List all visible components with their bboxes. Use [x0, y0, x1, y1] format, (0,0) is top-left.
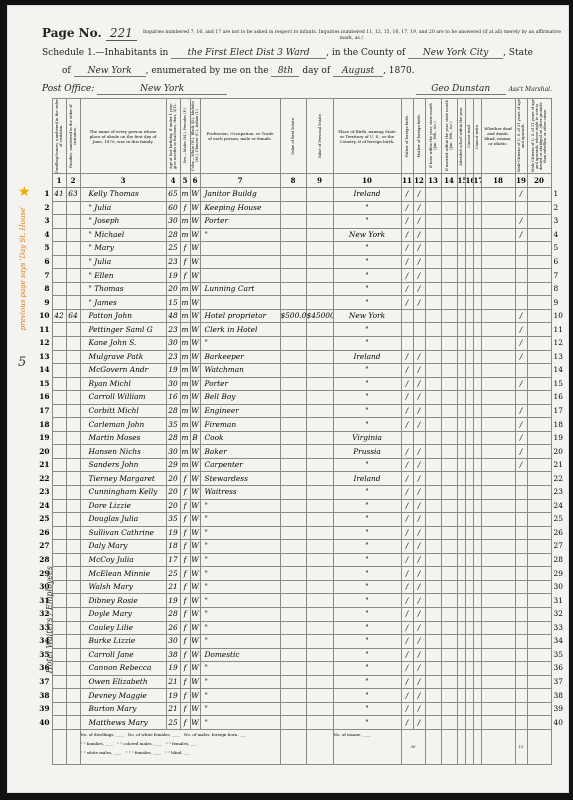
male-citizen	[515, 255, 527, 269]
header-vote-denied: Male Citizens of U. S. of 21 years of ag…	[527, 99, 551, 174]
school	[457, 377, 465, 391]
marshal-label: Ass't Marshal.	[509, 86, 552, 93]
row-number: 24	[39, 499, 52, 513]
row-number: 9	[39, 296, 52, 310]
cannot-read	[465, 337, 473, 351]
family-number	[66, 594, 80, 608]
cannot-write	[473, 486, 481, 500]
occupation: Lunning Cart	[200, 282, 280, 296]
row-number-right: 8	[551, 282, 565, 296]
deaf-blind	[481, 391, 515, 405]
table-row: 27Daly Mary18fW""//27	[39, 540, 565, 554]
personal-estate	[306, 458, 333, 472]
occupation: Stewardess	[200, 472, 280, 486]
male-citizen	[515, 391, 527, 405]
born-in-year	[425, 282, 441, 296]
person-name: Cannon Rebecca	[80, 662, 166, 676]
deaf-blind	[481, 526, 515, 540]
row-number: 19	[39, 431, 52, 445]
dwelling-number	[52, 648, 66, 662]
married-in-year	[441, 716, 457, 730]
age: 28	[166, 607, 180, 621]
row-number: 25	[39, 513, 52, 527]
vote-denied	[527, 201, 551, 215]
occupation: Porter	[200, 215, 280, 229]
birthplace: Prussia	[333, 445, 401, 459]
born-in-year	[425, 418, 441, 432]
personal-estate	[306, 445, 333, 459]
father-foreign: /	[401, 540, 413, 554]
age: 25	[166, 716, 180, 730]
born-in-year	[425, 486, 441, 500]
header-age: Age at last birthday. If under 1 year, g…	[166, 99, 180, 174]
family-number	[66, 269, 80, 283]
cannot-write	[473, 350, 481, 364]
table-row: 31Dibney Rosie19fW""//31	[39, 594, 565, 608]
real-estate	[280, 391, 306, 405]
age: 19	[166, 689, 180, 703]
school	[457, 526, 465, 540]
table-row: 26Sullivan Cathrine19fW""//26	[39, 526, 565, 540]
row-number-right: 7	[551, 269, 565, 283]
deaf-blind	[481, 662, 515, 676]
dwelling-number	[52, 526, 66, 540]
school	[457, 364, 465, 378]
male-citizen: /	[515, 445, 527, 459]
birthplace: "	[333, 499, 401, 513]
age: 25	[166, 567, 180, 581]
mother-foreign: /	[413, 702, 425, 716]
birthplace: "	[333, 648, 401, 662]
column-headers: Dwelling-houses, numbered in the order o…	[39, 99, 565, 174]
cannot-write	[473, 499, 481, 513]
married-in-year	[441, 296, 457, 310]
dwelling-number	[52, 607, 66, 621]
cannot-read	[465, 350, 473, 364]
row-number: 38	[39, 689, 52, 703]
male-citizen	[515, 648, 527, 662]
vote-denied	[527, 540, 551, 554]
row-number-right: 13	[551, 350, 565, 364]
footer-totals: No. of dwellings, ____ No. of white fema…	[39, 729, 565, 764]
deaf-blind	[481, 689, 515, 703]
personal-estate	[306, 228, 333, 242]
school	[457, 716, 465, 730]
occupation: Porter	[200, 377, 280, 391]
person-name: " Julia	[80, 201, 166, 215]
deaf-blind	[481, 553, 515, 567]
side-note: Hotel Waiters / Employees	[45, 566, 54, 673]
personal-estate	[306, 364, 333, 378]
personal-estate	[306, 635, 333, 649]
born-in-year	[425, 215, 441, 229]
occupation: Barkeeper	[200, 350, 280, 364]
color: W	[190, 377, 200, 391]
dwelling-number	[52, 255, 66, 269]
vote-denied	[527, 404, 551, 418]
cannot-read	[465, 702, 473, 716]
color: W	[190, 567, 200, 581]
married-in-year	[441, 337, 457, 351]
row-number-right: 20	[551, 445, 565, 459]
deaf-blind	[481, 269, 515, 283]
male-citizen: /	[515, 188, 527, 202]
color: W	[190, 716, 200, 730]
person-name: Corbitt Michl	[80, 404, 166, 418]
vote-denied	[527, 282, 551, 296]
row-number-right: 9	[551, 296, 565, 310]
occupation: "	[200, 635, 280, 649]
birthplace: "	[333, 255, 401, 269]
color: W	[190, 689, 200, 703]
born-in-year	[425, 702, 441, 716]
personal-estate	[306, 201, 333, 215]
cannot-read	[465, 662, 473, 676]
cannot-read	[465, 282, 473, 296]
row-number-right: 36	[551, 662, 565, 676]
occupation	[200, 269, 280, 283]
occupation: Keeping House	[200, 201, 280, 215]
sex: f	[180, 580, 190, 594]
age: 19	[166, 364, 180, 378]
dwelling-number	[52, 499, 66, 513]
deaf-blind	[481, 201, 515, 215]
of-label: of	[62, 66, 71, 76]
color: W	[190, 499, 200, 513]
occupation: Janitor Buildg	[200, 188, 280, 202]
family-number	[66, 391, 80, 405]
born-in-year	[425, 635, 441, 649]
person-name: Doyle Mary	[80, 607, 166, 621]
color: W	[190, 445, 200, 459]
age: 60	[166, 201, 180, 215]
deaf-blind	[481, 255, 515, 269]
person-name: Burke Lizzie	[80, 635, 166, 649]
sex: f	[180, 499, 190, 513]
mother-foreign: /	[413, 567, 425, 581]
father-foreign: /	[401, 594, 413, 608]
personal-estate	[306, 607, 333, 621]
color: W	[190, 662, 200, 676]
mother-foreign: /	[413, 526, 425, 540]
table-row: 29McElean Minnie25fW""//29	[39, 567, 565, 581]
color: W	[190, 364, 200, 378]
born-in-year	[425, 188, 441, 202]
year-value: , 1870.	[383, 66, 415, 76]
real-estate	[280, 404, 306, 418]
married-in-year	[441, 472, 457, 486]
deaf-blind	[481, 621, 515, 635]
header-married-in-year: If married within the year, state month …	[441, 99, 457, 174]
birthplace: "	[333, 242, 401, 256]
family-number	[66, 499, 80, 513]
male-citizen	[515, 499, 527, 513]
married-in-year	[441, 404, 457, 418]
real-estate	[280, 689, 306, 703]
vote-denied	[527, 621, 551, 635]
real-estate	[280, 635, 306, 649]
occupation: Hotel proprietor	[200, 309, 280, 323]
school	[457, 594, 465, 608]
vote-denied	[527, 431, 551, 445]
birthplace: "	[333, 269, 401, 283]
deaf-blind	[481, 594, 515, 608]
family-number	[66, 255, 80, 269]
occupation: "	[200, 499, 280, 513]
birthplace: "	[333, 337, 401, 351]
mother-foreign: /	[413, 689, 425, 703]
age: 35	[166, 513, 180, 527]
column-numbers: 123 456 789 101112 131415 161718 1920	[39, 174, 565, 188]
school	[457, 607, 465, 621]
birthplace: "	[333, 215, 401, 229]
personal-estate	[306, 567, 333, 581]
person-name: " Ellen	[80, 269, 166, 283]
county-value: New York City	[408, 48, 503, 59]
occupation: "	[200, 662, 280, 676]
born-in-year	[425, 228, 441, 242]
age: 19	[166, 662, 180, 676]
born-in-year	[425, 567, 441, 581]
sex: m	[180, 309, 190, 323]
father-foreign: /	[401, 513, 413, 527]
occupation: "	[200, 513, 280, 527]
person-name: " Michael	[80, 228, 166, 242]
father-foreign: /	[401, 418, 413, 432]
person-name: " Julia	[80, 255, 166, 269]
margin-number: 5	[18, 355, 26, 370]
color: W	[190, 580, 200, 594]
sex: m	[180, 445, 190, 459]
mother-foreign: /	[413, 269, 425, 283]
cannot-write	[473, 404, 481, 418]
table-row: 35Carroll Jane38fWDomestic"//35	[39, 648, 565, 662]
father-foreign: /	[401, 391, 413, 405]
sex: m	[180, 404, 190, 418]
personal-estate	[306, 702, 333, 716]
deaf-blind	[481, 458, 515, 472]
sex: m	[180, 337, 190, 351]
married-in-year	[441, 594, 457, 608]
married-in-year	[441, 188, 457, 202]
age: 30	[166, 215, 180, 229]
vote-denied	[527, 391, 551, 405]
age: 20	[166, 486, 180, 500]
male-citizen	[515, 242, 527, 256]
deaf-blind	[481, 337, 515, 351]
color: B	[190, 431, 200, 445]
cannot-read	[465, 607, 473, 621]
born-in-year	[425, 580, 441, 594]
cannot-read	[465, 391, 473, 405]
male-citizen	[515, 702, 527, 716]
cannot-read	[465, 513, 473, 527]
occupation: "	[200, 526, 280, 540]
color: W	[190, 323, 200, 337]
enumerated-label: , enumerated by me on the	[146, 66, 269, 76]
mother-foreign: /	[413, 513, 425, 527]
cannot-write	[473, 594, 481, 608]
birthplace: "	[333, 486, 401, 500]
dwelling-number	[52, 635, 66, 649]
deaf-blind	[481, 513, 515, 527]
occupation: "	[200, 689, 280, 703]
born-in-year	[425, 404, 441, 418]
occupation: "	[200, 567, 280, 581]
married-in-year	[441, 486, 457, 500]
born-in-year	[425, 431, 441, 445]
mother-foreign: /	[413, 594, 425, 608]
person-name: Carroll William	[80, 391, 166, 405]
birthplace: "	[333, 513, 401, 527]
sex: f	[180, 242, 190, 256]
person-name: Kane John S.	[80, 337, 166, 351]
married-in-year	[441, 540, 457, 554]
dwelling-number	[52, 716, 66, 730]
school	[457, 486, 465, 500]
vote-denied	[527, 499, 551, 513]
color: W	[190, 540, 200, 554]
color: W	[190, 607, 200, 621]
inquiries-note: Inquiries numbered 7, 16, and 17 are not…	[137, 30, 567, 42]
sex: f	[180, 472, 190, 486]
family-number	[66, 675, 80, 689]
row-number: 15	[39, 377, 52, 391]
birthplace: "	[333, 567, 401, 581]
married-in-year	[441, 228, 457, 242]
row-number: 6	[39, 255, 52, 269]
table-row: 36Cannon Rebecca19fW""//36	[39, 662, 565, 676]
school	[457, 418, 465, 432]
row-number: 13	[39, 350, 52, 364]
male-citizen: /	[515, 350, 527, 364]
row-number-right: 38	[551, 689, 565, 703]
real-estate	[280, 567, 306, 581]
birthplace: "	[333, 377, 401, 391]
personal-estate	[306, 418, 333, 432]
occupation: "	[200, 228, 280, 242]
married-in-year	[441, 702, 457, 716]
header-sex: Sex.—Males (M.), Females (F.)	[180, 99, 190, 174]
born-in-year	[425, 323, 441, 337]
school	[457, 350, 465, 364]
row-number-right: 28	[551, 553, 565, 567]
personal-estate	[306, 580, 333, 594]
personal-estate	[306, 540, 333, 554]
real-estate	[280, 188, 306, 202]
vote-denied	[527, 716, 551, 730]
mother-foreign: /	[413, 675, 425, 689]
married-in-year	[441, 242, 457, 256]
table-row: 19Martin Moses28mBCookVirginia/19	[39, 431, 565, 445]
county-label: , in the County of	[326, 48, 405, 58]
father-foreign: /	[401, 282, 413, 296]
real-estate	[280, 472, 306, 486]
row-number-right: 18	[551, 418, 565, 432]
age: 23	[166, 350, 180, 364]
occupation	[200, 296, 280, 310]
mother-foreign: /	[413, 486, 425, 500]
dwelling-number	[52, 391, 66, 405]
cannot-read	[465, 567, 473, 581]
married-in-year	[441, 391, 457, 405]
father-foreign: /	[401, 580, 413, 594]
age: 21	[166, 702, 180, 716]
sex: f	[180, 689, 190, 703]
birthplace: "	[333, 364, 401, 378]
real-estate	[280, 418, 306, 432]
cannot-write	[473, 296, 481, 310]
real-estate	[280, 201, 306, 215]
cannot-write	[473, 702, 481, 716]
vote-denied	[527, 458, 551, 472]
married-in-year	[441, 526, 457, 540]
birthplace: "	[333, 621, 401, 635]
cannot-read	[465, 594, 473, 608]
school	[457, 702, 465, 716]
row-number-right: 40	[551, 716, 565, 730]
color: W	[190, 282, 200, 296]
family-number	[66, 635, 80, 649]
occupation: Fireman	[200, 418, 280, 432]
personal-estate	[306, 215, 333, 229]
school	[457, 255, 465, 269]
cannot-write	[473, 540, 481, 554]
sex: f	[180, 567, 190, 581]
family-number: 63	[66, 188, 80, 202]
real-estate	[280, 296, 306, 310]
color: W	[190, 296, 200, 310]
father-foreign: /	[401, 689, 413, 703]
born-in-year	[425, 309, 441, 323]
cannot-write	[473, 188, 481, 202]
mother-foreign: /	[413, 296, 425, 310]
dwelling-number	[52, 675, 66, 689]
sex: f	[180, 607, 190, 621]
mother-foreign: /	[413, 458, 425, 472]
family-number	[66, 445, 80, 459]
age: 30	[166, 635, 180, 649]
cannot-write	[473, 689, 481, 703]
vote-denied	[527, 567, 551, 581]
male-citizen	[515, 607, 527, 621]
mother-foreign: /	[413, 364, 425, 378]
born-in-year	[425, 648, 441, 662]
marshal-name: Geo Dunstan	[416, 84, 506, 95]
cannot-read	[465, 188, 473, 202]
birthplace: "	[333, 418, 401, 432]
born-in-year	[425, 472, 441, 486]
header-color: Color.—White (W.), Black (B.), Mulatto (…	[190, 99, 200, 174]
row-number-right: 27	[551, 540, 565, 554]
father-foreign: /	[401, 350, 413, 364]
header-deaf-blind: Whether deaf and dumb, blind, insane, or…	[481, 99, 515, 174]
deaf-blind	[481, 418, 515, 432]
birthplace: "	[333, 675, 401, 689]
footer-citizens-total: 13	[515, 729, 527, 764]
row-number: 16	[39, 391, 52, 405]
school	[457, 662, 465, 676]
sex: m	[180, 431, 190, 445]
mother-foreign	[413, 337, 425, 351]
sex: m	[180, 418, 190, 432]
occupation: Clerk in Hotel	[200, 323, 280, 337]
male-citizen	[515, 635, 527, 649]
state-label: , State	[503, 48, 533, 58]
vote-denied	[527, 594, 551, 608]
table-row: 2" Julia60fWKeeping House"//2	[39, 201, 565, 215]
vote-denied	[527, 242, 551, 256]
